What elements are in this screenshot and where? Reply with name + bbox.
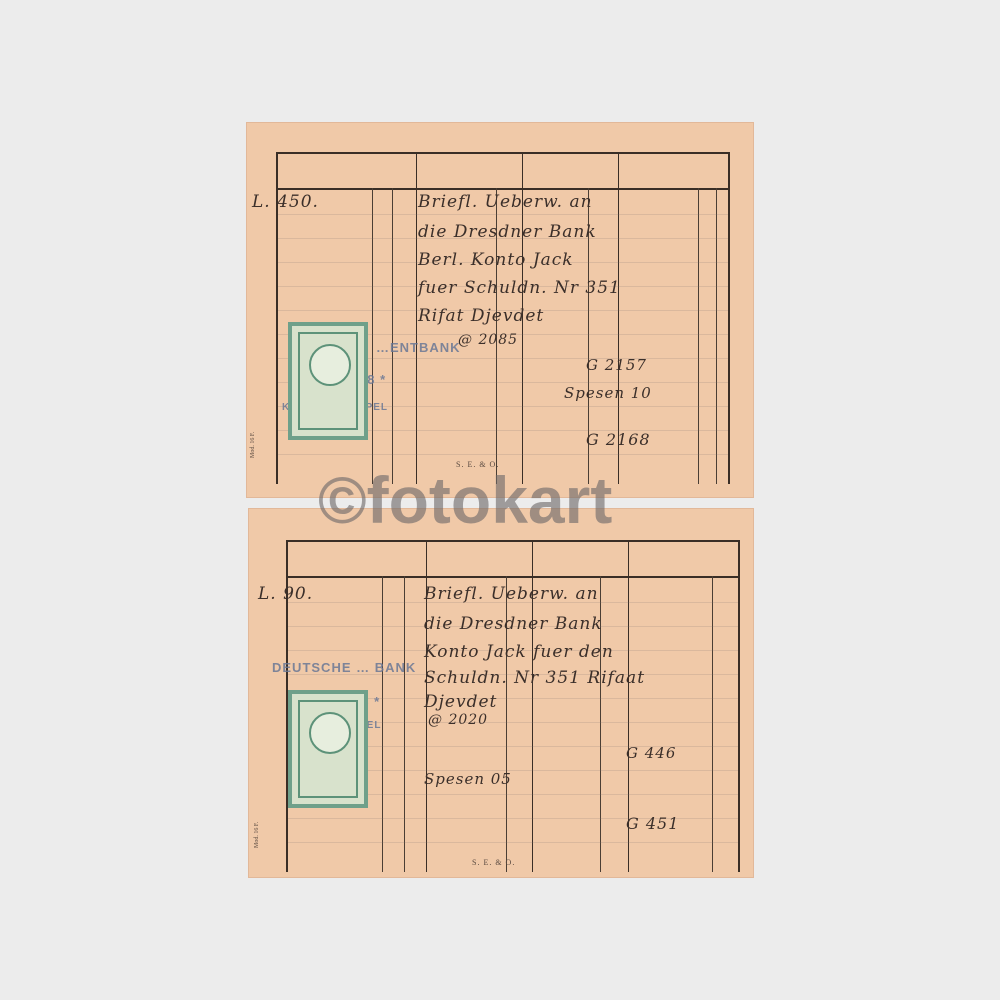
handwritten-line: G 2157 xyxy=(586,356,647,374)
tughra-emblem-icon xyxy=(309,712,351,754)
handwritten-line: fuer Schuldn. Nr 351 xyxy=(418,278,621,298)
watermark: ©fotokart xyxy=(318,462,612,538)
handwritten-line: @ 2085 xyxy=(458,332,518,348)
column-divider xyxy=(698,188,699,484)
handwritten-line: Briefl. Ueberw. an xyxy=(424,584,599,604)
column-divider xyxy=(382,576,383,872)
column-divider xyxy=(712,576,713,872)
column-divider xyxy=(392,188,393,484)
handwritten-total: G 451 xyxy=(626,814,679,833)
handwritten-line: Rifat Djevdet xyxy=(418,306,544,326)
handwritten-total: G 2168 xyxy=(586,430,651,449)
ledger-header-row xyxy=(288,542,738,578)
handwritten-line: die Dresdner Bank xyxy=(418,222,597,242)
column-divider xyxy=(372,188,373,484)
amount-header: L. 450. xyxy=(252,192,319,212)
form-footer: S. E. & O. xyxy=(472,858,515,867)
handwritten-line: Spesen 10 xyxy=(564,384,652,402)
receipt-document-upper: L. 450. Briefl. Ueberw. an die Dresdner … xyxy=(246,122,754,498)
receipt-document-lower: L. 90. Briefl. Ueberw. an die Dresdner B… xyxy=(248,508,754,878)
revenue-stamp xyxy=(288,322,368,440)
tughra-emblem-icon xyxy=(309,344,351,386)
bank-stamp-line: DEUTSCHE … BANK xyxy=(272,660,416,675)
form-code: Mod. 16 F. xyxy=(254,822,260,848)
handwritten-line: Djevdet xyxy=(424,692,497,712)
column-divider xyxy=(716,188,717,484)
amount-header: L. 90. xyxy=(258,584,313,604)
handwritten-line: Briefl. Ueberw. an xyxy=(418,192,593,212)
form-code: Mod. 16 F. xyxy=(250,432,256,458)
handwritten-line: @ 2020 xyxy=(428,712,488,728)
handwritten-line: Berl. Konto Jack xyxy=(418,250,574,270)
column-divider xyxy=(416,154,417,484)
bank-stamp-line: …ENTBANK xyxy=(376,340,461,355)
ledger-header-row xyxy=(278,154,728,190)
handwritten-line: Spesen 05 xyxy=(424,770,512,788)
revenue-stamp xyxy=(288,690,368,808)
handwritten-line: Schuldn. Nr 351 Rifaat xyxy=(424,668,645,688)
column-divider xyxy=(404,576,405,872)
handwritten-line: die Dresdner Bank xyxy=(424,614,603,634)
handwritten-line: Konto Jack fuer den xyxy=(424,642,614,662)
handwritten-line: G 446 xyxy=(626,744,676,762)
